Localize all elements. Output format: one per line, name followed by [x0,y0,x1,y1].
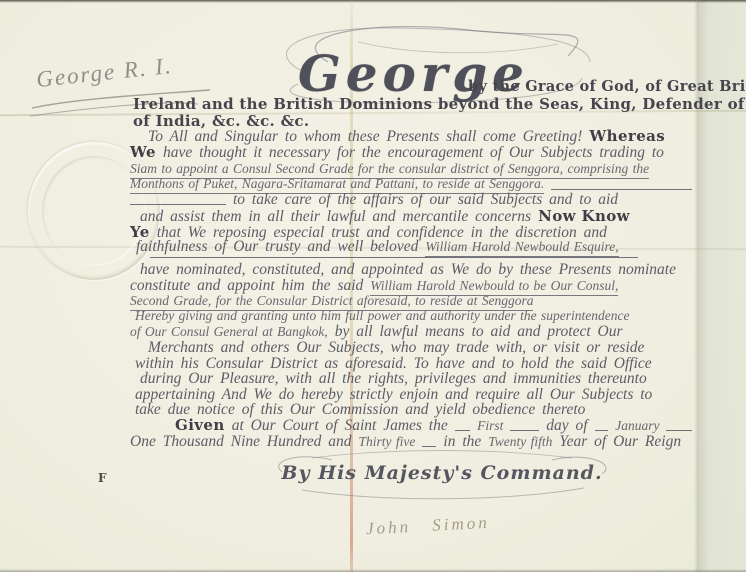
body-line: faithfulness of Our trusty and well belo… [130,238,692,257]
blank-rule [595,430,609,431]
blank-rule [422,446,436,447]
countersignature: John Simon [366,513,491,539]
blank-rule [455,430,470,431]
blank-rule [666,430,692,431]
body-text: faithfulness of Our trusty and well belo… [136,238,418,256]
blank-rule [510,430,539,431]
blackletter-word: Given [175,416,225,434]
royal-style-line-1: by the Grace of God, of Great Britain, [468,78,746,95]
manuscript-insertion: of Our Consul General at Bangkok, [130,324,328,340]
royal-style-line-2: Ireland and the British Dominions beyond… [133,95,746,113]
command-heading: By His Majesty's Command. [272,450,612,502]
body-line: We have thought it necessary for the enc… [130,143,692,162]
manuscript-insertion: Hereby giving and granting unto him full… [135,308,629,324]
manuscript-insertion: First [477,418,503,434]
body-text: One Thousand Nine Hundred and [130,433,352,451]
body-text: have thought it necessary for the encour… [163,144,664,162]
docket-mark: F [98,471,107,485]
manuscript-insertion: Twenty fifth [488,434,552,450]
body-line: Hereby giving and granting unto him full… [130,308,692,324]
manuscript-insertion: January [615,418,659,434]
body-line: One Thousand Nine Hundred and Thirty fiv… [130,433,692,451]
blank-rule [130,204,226,205]
manuscript-insertion: William Harold Newbould Esquire, [425,239,618,257]
blank-rule [551,189,692,190]
command-text: By His Majesty's Command. [281,462,602,484]
scanned-commission-document: George R. I. George by the Grace of God,… [0,0,746,572]
blank-rule [150,257,638,258]
body-text: in the [443,433,481,451]
blackletter-word: We [130,143,156,161]
body-text: Year of Our Reign [559,433,681,451]
manuscript-insertion: Thirty five [359,434,416,450]
